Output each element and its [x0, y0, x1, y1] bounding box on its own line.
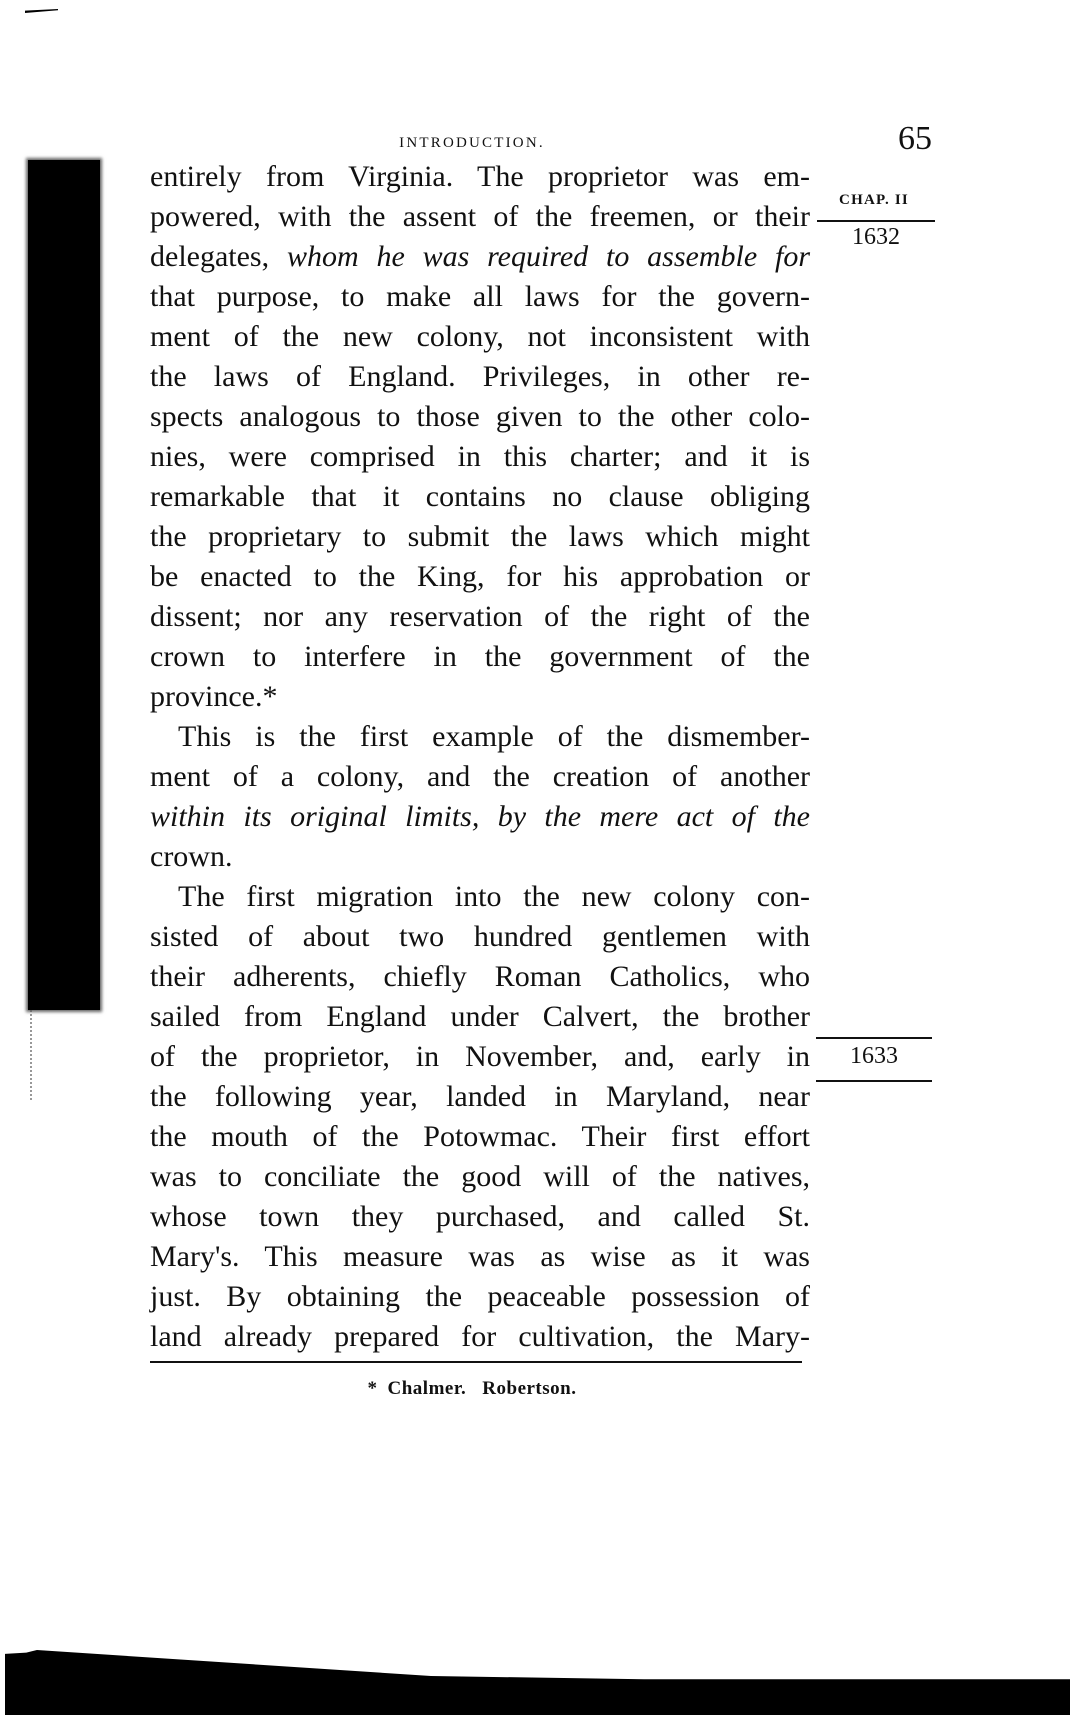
- margin-chapter-label: CHAP. II: [822, 192, 926, 209]
- text-line: powered, with the assent of the freemen,…: [150, 197, 810, 237]
- margin-year-1633: 1633: [816, 1043, 932, 1070]
- text-line: sailed from England under Calvert, the b…: [150, 997, 810, 1037]
- text-line: be enacted to the King, for his approbat…: [150, 557, 810, 597]
- paragraph-start-line: This is the first example of the dismemb…: [150, 717, 810, 757]
- text-line: crown.: [150, 837, 810, 877]
- page-number: 65: [898, 120, 932, 158]
- text-line: their adherents, chiefly Roman Catholics…: [150, 957, 810, 997]
- text-line: entirely from Virginia. The proprietor w…: [150, 157, 810, 197]
- text-line: that purpose, to make all laws for the g…: [150, 277, 810, 317]
- body-text: entirely from Virginia. The proprietor w…: [150, 157, 810, 1357]
- text-line: just. By obtaining the peaceable possess…: [150, 1277, 810, 1317]
- text-line: spects analogous to those given to the o…: [150, 397, 810, 437]
- footnote-marker: *: [368, 1378, 378, 1399]
- footnote: *Chalmer.Robertson.: [150, 1378, 802, 1400]
- italic-text-run: whom he was required to assemble for: [287, 240, 810, 273]
- text-line: ment of the new colony, not inconsistent…: [150, 317, 810, 357]
- text-line: ment of a colony, and the creation of an…: [150, 757, 810, 797]
- scan-artifact-top-mark: [25, 9, 58, 13]
- text-line: land already prepared for cultivation, t…: [150, 1317, 810, 1357]
- scan-gutter-shadow: [28, 160, 100, 1010]
- text-run: delegates,: [150, 240, 287, 273]
- paragraph-start-line: The first migration into the new colony …: [150, 877, 810, 917]
- text-line: remarkable that it contains no clause ob…: [150, 477, 810, 517]
- text-line: sisted of about two hundred gentlemen wi…: [150, 917, 810, 957]
- margin-rule: [816, 1080, 932, 1082]
- margin-year-1632: 1632: [817, 224, 935, 251]
- text-line: delegates, whom he was required to assem…: [150, 237, 810, 277]
- italic-text-line: within its original limits, by the mere …: [150, 797, 810, 837]
- margin-rule: [817, 220, 935, 222]
- text-line: was to conciliate the good will of the n…: [150, 1157, 810, 1197]
- footnote-source: Robertson.: [482, 1378, 576, 1399]
- text-line: of the proprietor, in November, and, ear…: [150, 1037, 810, 1077]
- footnote-rule: [150, 1361, 802, 1363]
- text-line: dissent; nor any reservation of the righ…: [150, 597, 810, 637]
- text-line: the proprietary to submit the laws which…: [150, 517, 810, 557]
- margin-rule: [816, 1037, 932, 1039]
- text-line: the laws of England. Privileges, in othe…: [150, 357, 810, 397]
- text-line: province.*: [150, 677, 810, 717]
- text-line: the mouth of the Potowmac. Their first e…: [150, 1117, 810, 1157]
- text-line: Mary's. This measure was as wise as it w…: [150, 1237, 810, 1277]
- text-line: crown to interfere in the government of …: [150, 637, 810, 677]
- scan-gutter-specks: [30, 1010, 38, 1100]
- scan-bottom-shadow: [5, 1650, 1070, 1715]
- text-line: whose town they purchased, and called St…: [150, 1197, 810, 1237]
- text-line: the following year, landed in Maryland, …: [150, 1077, 810, 1117]
- text-line: nies, were comprised in this charter; an…: [150, 437, 810, 477]
- running-head: INTRODUCTION.: [370, 135, 574, 152]
- footnote-source: Chalmer.: [388, 1378, 467, 1399]
